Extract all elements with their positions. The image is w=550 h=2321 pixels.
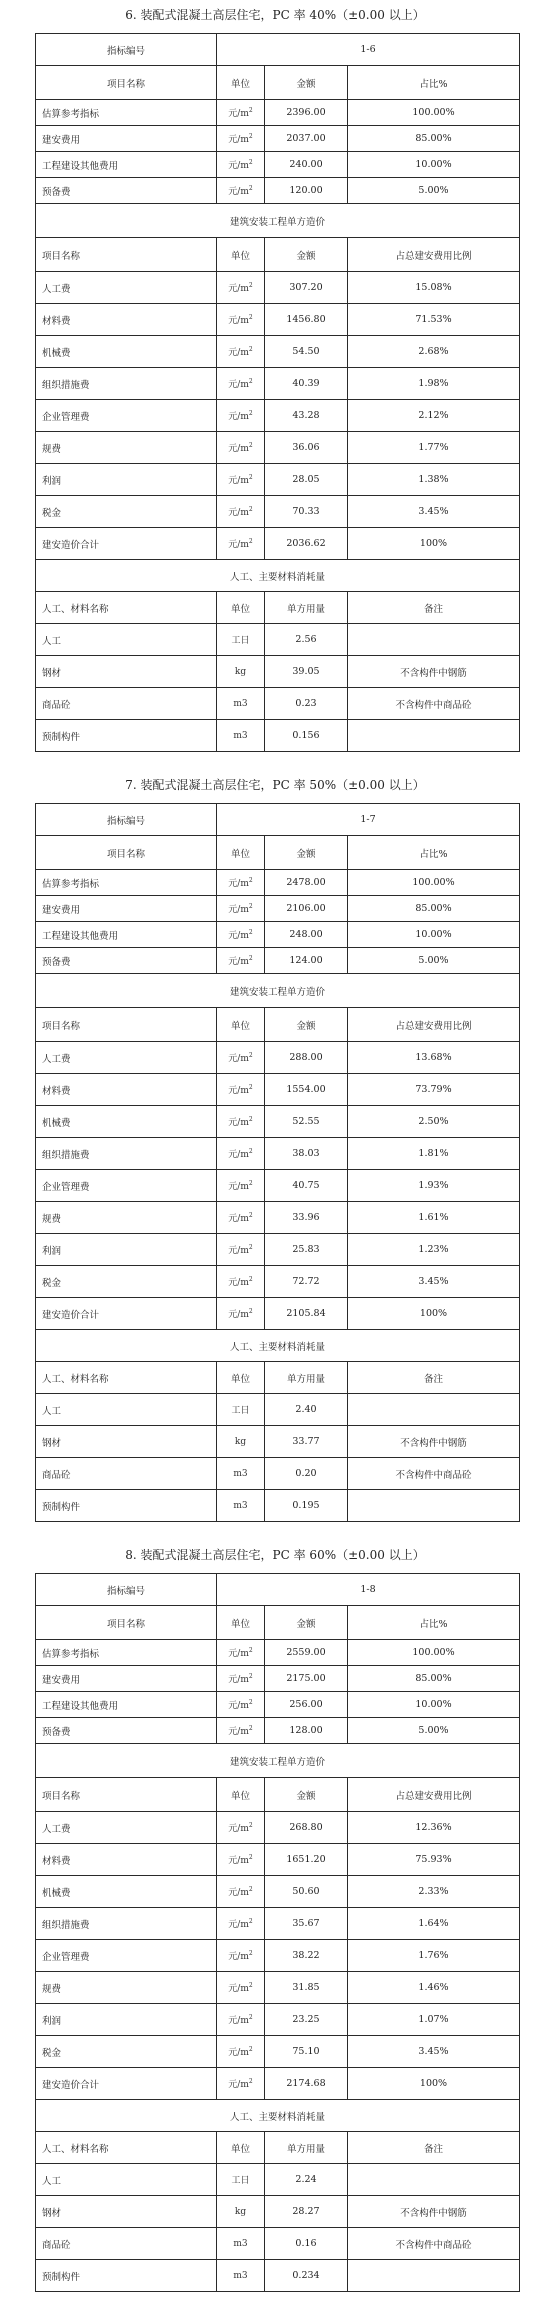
superscript: 2 (249, 2046, 253, 2053)
item-name: 预备费 (36, 1718, 217, 1744)
ratio: 100.00% (348, 870, 520, 896)
amount: 248.00 (265, 922, 348, 948)
unit-cell: m3 (217, 688, 265, 720)
note: 不含构件中钢筋 (348, 656, 520, 688)
unit-cell: 元/m2 (217, 178, 265, 204)
index-row: 指标编号 1-8 (36, 1574, 520, 1606)
material-name: 钢材 (36, 2196, 217, 2228)
material-name: 预制构件 (36, 2260, 217, 2292)
header-cell: 单位 (217, 238, 265, 272)
header-cell: 单位 (217, 1606, 265, 1640)
header-cell: 占总建安费用比例 (348, 1008, 520, 1042)
material-row: 预制构件m30.234 (36, 2260, 520, 2292)
cost-row: 机械费元/m254.502.68% (36, 336, 520, 368)
superscript: 2 (249, 282, 253, 289)
unit-cell: 元/m2 (217, 336, 265, 368)
unit-cell: 元/m2 (217, 152, 265, 178)
amount: 2174.68 (265, 2068, 348, 2100)
header-cell: 备注 (348, 592, 520, 624)
cost-index-block: 8. 装配式混凝土高层住宅，PC 率 60%（±0.00 以上） 指标编号 1-… (0, 1546, 550, 1564)
summary-row: 预备费元/m2124.005.00% (36, 948, 520, 974)
cost-index-table: 指标编号 1-6 项目名称 单位 金额 占比% 估算参考指标元/m22396.0… (35, 33, 520, 752)
header-cell: 人工、材料名称 (36, 1362, 217, 1394)
item-name: 税金 (36, 1266, 217, 1298)
header-cell: 占比% (348, 1606, 520, 1640)
note (348, 624, 520, 656)
amount: 1554.00 (265, 1074, 348, 1106)
unit-cell: 工日 (217, 1394, 265, 1426)
ratio: 5.00% (348, 178, 520, 204)
unit-cell: 元/m2 (217, 528, 265, 560)
cost-section-row: 建筑安装工程单方造价 (36, 974, 520, 1008)
ratio: 1.23% (348, 1234, 520, 1266)
quantity: 2.24 (265, 2164, 348, 2196)
cost-row: 建安造价合计元/m22036.62100% (36, 528, 520, 560)
amount: 128.00 (265, 1718, 348, 1744)
header-cell: 金额 (265, 1606, 348, 1640)
ratio: 1.98% (348, 368, 520, 400)
cost-row: 机械费元/m252.552.50% (36, 1106, 520, 1138)
index-label: 指标编号 (36, 1574, 217, 1606)
superscript: 2 (249, 1212, 253, 1219)
summary-header-row: 项目名称 单位 金额 占比% (36, 1606, 520, 1640)
item-name: 企业管理费 (36, 1940, 217, 1972)
material-section-row: 人工、主要材料消耗量 (36, 560, 520, 592)
summary-row: 估算参考指标元/m22396.00100.00% (36, 100, 520, 126)
item-name: 估算参考指标 (36, 870, 217, 896)
unit-cell: 元/m2 (217, 304, 265, 336)
cost-row: 税金元/m272.723.45% (36, 1266, 520, 1298)
material-row: 钢材kg28.27不含构件中钢筋 (36, 2196, 520, 2228)
material-row: 商品砼m30.16不含构件中商品砼 (36, 2228, 520, 2260)
superscript: 2 (249, 903, 253, 910)
item-name: 预备费 (36, 948, 217, 974)
unit-cell: 元/m2 (217, 1298, 265, 1330)
header-cell: 单位 (217, 1362, 265, 1394)
superscript: 2 (249, 1886, 253, 1893)
cost-row: 组织措施费元/m238.031.81% (36, 1138, 520, 1170)
ratio: 71.53% (348, 304, 520, 336)
note: 不含构件中商品砼 (348, 1458, 520, 1490)
superscript: 2 (249, 1822, 253, 1829)
amount: 52.55 (265, 1106, 348, 1138)
material-section-title: 人工、主要材料消耗量 (36, 2100, 520, 2132)
ratio: 15.08% (348, 272, 520, 304)
ratio: 12.36% (348, 1812, 520, 1844)
superscript: 2 (249, 1244, 253, 1251)
unit-cell: 元/m2 (217, 400, 265, 432)
item-name: 机械费 (36, 336, 217, 368)
ratio: 1.81% (348, 1138, 520, 1170)
summary-row: 估算参考指标元/m22559.00100.00% (36, 1640, 520, 1666)
unit-cell: 元/m2 (217, 1266, 265, 1298)
item-name: 建安费用 (36, 126, 217, 152)
header-cell: 项目名称 (36, 238, 217, 272)
unit-cell: 元/m2 (217, 896, 265, 922)
material-header-row: 人工、材料名称 单位 单方用量 备注 (36, 592, 520, 624)
index-row: 指标编号 1-7 (36, 804, 520, 836)
unit-cell: 元/m2 (217, 1718, 265, 1744)
quantity: 0.234 (265, 2260, 348, 2292)
summary-header-row: 项目名称 单位 金额 占比% (36, 66, 520, 100)
amount: 307.20 (265, 272, 348, 304)
ratio: 100% (348, 1298, 520, 1330)
header-cell: 备注 (348, 1362, 520, 1394)
material-name: 钢材 (36, 656, 217, 688)
header-cell: 金额 (265, 1778, 348, 1812)
cost-row: 组织措施费元/m235.671.64% (36, 1908, 520, 1940)
quantity: 0.23 (265, 688, 348, 720)
item-name: 规费 (36, 1202, 217, 1234)
item-name: 建安造价合计 (36, 1298, 217, 1330)
cost-section-row: 建筑安装工程单方造价 (36, 1744, 520, 1778)
quantity: 2.40 (265, 1394, 348, 1426)
note: 不含构件中钢筋 (348, 2196, 520, 2228)
superscript: 2 (249, 1673, 253, 1680)
unit-cell: 元/m2 (217, 1202, 265, 1234)
amount: 75.10 (265, 2036, 348, 2068)
material-row: 钢材kg33.77不含构件中钢筋 (36, 1426, 520, 1458)
quantity: 28.27 (265, 2196, 348, 2228)
material-row: 商品砼m30.20不含构件中商品砼 (36, 1458, 520, 1490)
unit-cell: 元/m2 (217, 1908, 265, 1940)
cost-row: 利润元/m228.051.38% (36, 464, 520, 496)
amount: 70.33 (265, 496, 348, 528)
cost-row: 企业管理费元/m243.282.12% (36, 400, 520, 432)
superscript: 2 (249, 1148, 253, 1155)
header-cell: 项目名称 (36, 1008, 217, 1042)
material-name: 钢材 (36, 1426, 217, 1458)
ratio: 1.64% (348, 1908, 520, 1940)
amount: 2105.84 (265, 1298, 348, 1330)
ratio: 3.45% (348, 1266, 520, 1298)
superscript: 2 (249, 1308, 253, 1315)
unit-cell: 元/m2 (217, 1234, 265, 1266)
amount: 1651.20 (265, 1844, 348, 1876)
cost-row: 企业管理费元/m240.751.93% (36, 1170, 520, 1202)
material-name: 商品砼 (36, 2228, 217, 2260)
quantity: 0.195 (265, 1490, 348, 1522)
ratio: 1.38% (348, 464, 520, 496)
cost-row: 人工费元/m2268.8012.36% (36, 1812, 520, 1844)
quantity: 2.56 (265, 624, 348, 656)
note (348, 2260, 520, 2292)
superscript: 2 (249, 1725, 253, 1732)
header-cell: 项目名称 (36, 66, 217, 100)
amount: 1456.80 (265, 304, 348, 336)
item-name: 企业管理费 (36, 400, 217, 432)
note (348, 720, 520, 752)
amount: 2478.00 (265, 870, 348, 896)
header-cell: 备注 (348, 2132, 520, 2164)
cost-header-row: 项目名称 单位 金额 占总建安费用比例 (36, 238, 520, 272)
superscript: 2 (249, 107, 253, 114)
summary-row: 建安费用元/m22037.0085.00% (36, 126, 520, 152)
unit-cell: 元/m2 (217, 922, 265, 948)
header-cell: 单位 (217, 66, 265, 100)
superscript: 2 (249, 1276, 253, 1283)
item-name: 估算参考指标 (36, 100, 217, 126)
item-name: 人工费 (36, 272, 217, 304)
amount: 54.50 (265, 336, 348, 368)
header-cell: 单位 (217, 836, 265, 870)
superscript: 2 (249, 1052, 253, 1059)
header-cell: 单方用量 (265, 1362, 348, 1394)
superscript: 2 (249, 1699, 253, 1706)
header-cell: 人工、材料名称 (36, 592, 217, 624)
superscript: 2 (249, 378, 253, 385)
amount: 2396.00 (265, 100, 348, 126)
ratio: 1.07% (348, 2004, 520, 2036)
amount: 25.83 (265, 1234, 348, 1266)
index-value: 1-7 (217, 804, 520, 836)
material-row: 钢材kg39.05不含构件中钢筋 (36, 656, 520, 688)
ratio: 85.00% (348, 896, 520, 922)
amount: 288.00 (265, 1042, 348, 1074)
amount: 36.06 (265, 432, 348, 464)
item-name: 工程建设其他费用 (36, 152, 217, 178)
cost-index-block: 7. 装配式混凝土高层住宅，PC 率 50%（±0.00 以上） 指标编号 1-… (0, 776, 550, 794)
unit-cell: 元/m2 (217, 126, 265, 152)
unit-cell: 元/m2 (217, 1106, 265, 1138)
header-cell: 金额 (265, 836, 348, 870)
unit-cell: 元/m2 (217, 1972, 265, 2004)
superscript: 2 (249, 1918, 253, 1925)
item-name: 规费 (36, 432, 217, 464)
unit-cell: 元/m2 (217, 1692, 265, 1718)
cost-header-row: 项目名称 单位 金额 占总建安费用比例 (36, 1778, 520, 1812)
item-name: 建安费用 (36, 1666, 217, 1692)
index-value: 1-8 (217, 1574, 520, 1606)
ratio: 1.46% (348, 1972, 520, 2004)
summary-row: 工程建设其他费用元/m2240.0010.00% (36, 152, 520, 178)
superscript: 2 (249, 185, 253, 192)
material-row: 预制构件m30.195 (36, 1490, 520, 1522)
cost-index-table: 指标编号 1-7 项目名称 单位 金额 占比% 估算参考指标元/m22478.0… (35, 803, 520, 1522)
summary-row: 工程建设其他费用元/m2256.0010.00% (36, 1692, 520, 1718)
index-label: 指标编号 (36, 34, 217, 66)
amount: 268.80 (265, 1812, 348, 1844)
cost-section-row: 建筑安装工程单方造价 (36, 204, 520, 238)
material-name: 预制构件 (36, 1490, 217, 1522)
unit-cell: m3 (217, 2228, 265, 2260)
ratio: 100% (348, 2068, 520, 2100)
summary-row: 估算参考指标元/m22478.00100.00% (36, 870, 520, 896)
unit-cell: 元/m2 (217, 368, 265, 400)
item-name: 利润 (36, 464, 217, 496)
superscript: 2 (249, 1854, 253, 1861)
note: 不含构件中商品砼 (348, 688, 520, 720)
superscript: 2 (249, 442, 253, 449)
superscript: 2 (249, 1116, 253, 1123)
amount: 124.00 (265, 948, 348, 974)
material-name: 预制构件 (36, 720, 217, 752)
amount: 33.96 (265, 1202, 348, 1234)
item-name: 工程建设其他费用 (36, 1692, 217, 1718)
superscript: 2 (249, 877, 253, 884)
unit-cell: 元/m2 (217, 100, 265, 126)
material-name: 商品砼 (36, 1458, 217, 1490)
unit-cell: 元/m2 (217, 2004, 265, 2036)
unit-cell: 元/m2 (217, 496, 265, 528)
superscript: 2 (249, 410, 253, 417)
ratio: 100% (348, 528, 520, 560)
quantity: 0.16 (265, 2228, 348, 2260)
unit-cell: 元/m2 (217, 1876, 265, 1908)
ratio: 2.33% (348, 1876, 520, 1908)
cost-row: 组织措施费元/m240.391.98% (36, 368, 520, 400)
amount: 2106.00 (265, 896, 348, 922)
note (348, 1490, 520, 1522)
item-name: 人工费 (36, 1812, 217, 1844)
amount: 40.39 (265, 368, 348, 400)
unit-cell: 元/m2 (217, 2036, 265, 2068)
header-cell: 占总建安费用比例 (348, 238, 520, 272)
superscript: 2 (249, 474, 253, 481)
note: 不含构件中商品砼 (348, 2228, 520, 2260)
unit-cell: 元/m2 (217, 1640, 265, 1666)
unit-cell: m3 (217, 1490, 265, 1522)
header-cell: 项目名称 (36, 1778, 217, 1812)
header-cell: 单位 (217, 592, 265, 624)
summary-row: 建安费用元/m22106.0085.00% (36, 896, 520, 922)
cost-row: 利润元/m225.831.23% (36, 1234, 520, 1266)
item-name: 材料费 (36, 1074, 217, 1106)
cost-index-table: 指标编号 1-8 项目名称 单位 金额 占比% 估算参考指标元/m22559.0… (35, 1573, 520, 2292)
header-cell: 单方用量 (265, 2132, 348, 2164)
unit-cell: 元/m2 (217, 1138, 265, 1170)
summary-row: 工程建设其他费用元/m2248.0010.00% (36, 922, 520, 948)
cost-row: 建安造价合计元/m22174.68100% (36, 2068, 520, 2100)
summary-row: 预备费元/m2120.005.00% (36, 178, 520, 204)
ratio: 75.93% (348, 1844, 520, 1876)
ratio: 73.79% (348, 1074, 520, 1106)
header-cell: 单位 (217, 2132, 265, 2164)
summary-header-row: 项目名称 单位 金额 占比% (36, 836, 520, 870)
note (348, 1394, 520, 1426)
ratio: 1.76% (348, 1940, 520, 1972)
material-section-row: 人工、主要材料消耗量 (36, 1330, 520, 1362)
amount: 50.60 (265, 1876, 348, 1908)
cost-row: 建安造价合计元/m22105.84100% (36, 1298, 520, 1330)
amount: 35.67 (265, 1908, 348, 1940)
material-section-title: 人工、主要材料消耗量 (36, 560, 520, 592)
header-cell: 项目名称 (36, 836, 217, 870)
ratio: 85.00% (348, 126, 520, 152)
ratio: 100.00% (348, 100, 520, 126)
ratio: 2.12% (348, 400, 520, 432)
ratio: 3.45% (348, 496, 520, 528)
material-name: 人工 (36, 1394, 217, 1426)
amount: 43.28 (265, 400, 348, 432)
item-name: 组织措施费 (36, 1138, 217, 1170)
index-label: 指标编号 (36, 804, 217, 836)
unit-cell: kg (217, 656, 265, 688)
unit-cell: 元/m2 (217, 1170, 265, 1202)
cost-row: 利润元/m223.251.07% (36, 2004, 520, 2036)
superscript: 2 (249, 1084, 253, 1091)
summary-row: 预备费元/m2128.005.00% (36, 1718, 520, 1744)
superscript: 2 (249, 159, 253, 166)
header-cell: 金额 (265, 1008, 348, 1042)
amount: 31.85 (265, 1972, 348, 2004)
ratio: 3.45% (348, 2036, 520, 2068)
superscript: 2 (249, 1982, 253, 1989)
unit-cell: 元/m2 (217, 948, 265, 974)
ratio: 1.77% (348, 432, 520, 464)
note: 不含构件中钢筋 (348, 1426, 520, 1458)
section-title: 8. 装配式混凝土高层住宅，PC 率 60%（±0.00 以上） (0, 1546, 550, 1564)
unit-cell: 工日 (217, 2164, 265, 2196)
amount: 240.00 (265, 152, 348, 178)
item-name: 建安费用 (36, 896, 217, 922)
index-value: 1-6 (217, 34, 520, 66)
header-cell: 占比% (348, 836, 520, 870)
item-name: 规费 (36, 1972, 217, 2004)
unit-cell: 元/m2 (217, 464, 265, 496)
cost-row: 规费元/m233.961.61% (36, 1202, 520, 1234)
amount: 2559.00 (265, 1640, 348, 1666)
material-section-title: 人工、主要材料消耗量 (36, 1330, 520, 1362)
cost-row: 材料费元/m21456.8071.53% (36, 304, 520, 336)
superscript: 2 (249, 1647, 253, 1654)
item-name: 税金 (36, 496, 217, 528)
quantity: 0.20 (265, 1458, 348, 1490)
cost-row: 规费元/m231.851.46% (36, 1972, 520, 2004)
header-cell: 人工、材料名称 (36, 2132, 217, 2164)
unit-cell: 元/m2 (217, 1666, 265, 1692)
cost-row: 税金元/m275.103.45% (36, 2036, 520, 2068)
ratio: 100.00% (348, 1640, 520, 1666)
ratio: 10.00% (348, 152, 520, 178)
cost-index-block: 6. 装配式混凝土高层住宅，PC 率 40%（±0.00 以上） 指标编号 1-… (0, 6, 550, 24)
cost-row: 人工费元/m2307.2015.08% (36, 272, 520, 304)
section-title: 6. 装配式混凝土高层住宅，PC 率 40%（±0.00 以上） (0, 6, 550, 24)
cost-row: 材料费元/m21651.2075.93% (36, 1844, 520, 1876)
header-cell: 占总建安费用比例 (348, 1778, 520, 1812)
amount: 2036.62 (265, 528, 348, 560)
material-name: 人工 (36, 624, 217, 656)
ratio: 5.00% (348, 948, 520, 974)
ratio: 10.00% (348, 1692, 520, 1718)
header-cell: 单方用量 (265, 592, 348, 624)
unit-cell: 元/m2 (217, 870, 265, 896)
unit-cell: 元/m2 (217, 272, 265, 304)
superscript: 2 (249, 2014, 253, 2021)
item-name: 利润 (36, 2004, 217, 2036)
cost-row: 企业管理费元/m238.221.76% (36, 1940, 520, 1972)
item-name: 企业管理费 (36, 1170, 217, 1202)
item-name: 材料费 (36, 304, 217, 336)
unit-cell: 元/m2 (217, 1844, 265, 1876)
superscript: 2 (249, 314, 253, 321)
item-name: 组织措施费 (36, 1908, 217, 1940)
amount: 72.72 (265, 1266, 348, 1298)
superscript: 2 (249, 506, 253, 513)
item-name: 组织措施费 (36, 368, 217, 400)
cost-row: 材料费元/m21554.0073.79% (36, 1074, 520, 1106)
material-section-row: 人工、主要材料消耗量 (36, 2100, 520, 2132)
material-header-row: 人工、材料名称 单位 单方用量 备注 (36, 1362, 520, 1394)
cost-header-row: 项目名称 单位 金额 占总建安费用比例 (36, 1008, 520, 1042)
unit-cell: kg (217, 2196, 265, 2228)
item-name: 利润 (36, 1234, 217, 1266)
superscript: 2 (249, 955, 253, 962)
superscript: 2 (249, 538, 253, 545)
unit-cell: m3 (217, 1458, 265, 1490)
ratio: 1.61% (348, 1202, 520, 1234)
amount: 2037.00 (265, 126, 348, 152)
